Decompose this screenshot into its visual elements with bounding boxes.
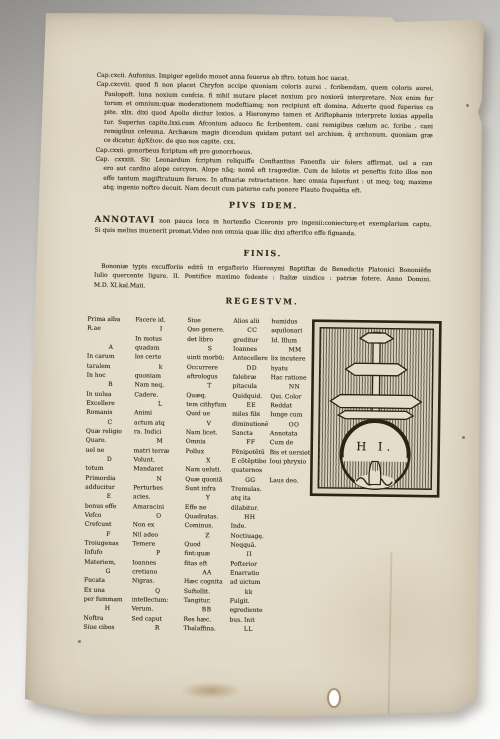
quire-signature: kk <box>230 587 268 597</box>
register-cell: Antecellere <box>233 354 271 364</box>
register-cell: Tremulas. <box>231 485 269 495</box>
quire-signature: R <box>131 623 183 633</box>
register-cell: ad uictum <box>230 578 268 588</box>
commentary-paragraphs: Cap.cxcii. Aufonius. Impiger egelido mou… <box>95 71 434 197</box>
register-cell <box>267 625 315 635</box>
register-cell: diminutionē <box>232 419 270 429</box>
register-cell: atq ita <box>231 494 269 504</box>
register-cell: falebræ <box>233 373 271 383</box>
register-cell: Alios alii <box>233 317 271 327</box>
colophon: Bononiæ typis excufforiis editũ in ergaf… <box>94 262 431 294</box>
device-letters: H I. <box>356 439 394 453</box>
register-cell: egrediente <box>230 606 268 616</box>
hand-icon <box>369 461 381 484</box>
section-heading-finis: FINIS. <box>94 246 431 260</box>
register-cell: Neqquã. <box>230 540 268 550</box>
register-cell: Quidquid. <box>232 391 270 401</box>
scan-background: Cap.cxcii. Aufonius. Impiger egelido mou… <box>0 0 500 739</box>
register-cell: Pofterior <box>230 559 268 569</box>
register-cell: miles fibi <box>232 410 270 420</box>
register-cell: Sancta <box>232 429 270 439</box>
quire-signature: CC <box>233 326 271 336</box>
quire-signature: GG <box>231 475 269 485</box>
register-cell: Siue cibos <box>83 623 131 633</box>
printer-device: H I. <box>309 319 442 499</box>
register-cell: Fulgit. <box>230 596 268 606</box>
register-cell: Ioannes <box>233 345 271 355</box>
register-cell: Inde. <box>231 522 269 532</box>
register-cell: bus. Init <box>229 615 267 625</box>
register-cell: Pẽnipotẽtũ <box>232 447 270 457</box>
quire-signature: DD <box>233 363 271 373</box>
register-cell: Enarratio <box>230 568 268 578</box>
section-heading-regestum: REGESTVM. <box>94 294 431 308</box>
register-cell: pitacula <box>232 382 270 392</box>
register-table: Prima albaFacere id.SiueAlios aliihumidu… <box>83 315 319 635</box>
quire-signature: II <box>230 550 268 560</box>
register-cell: E cõtẽptibo <box>231 457 269 467</box>
quire-signature: LL <box>229 624 267 634</box>
scanned-page: Cap.cxcii. Aufonius. Impiger egelido mou… <box>0 0 500 739</box>
section-heading-pius-idem: PIVS IDEM. <box>95 198 432 212</box>
register-cell: greditur <box>233 335 271 345</box>
page-content: Cap.cxcii. Aufonius. Impiger egelido mou… <box>0 0 500 739</box>
register-cell: quaternos <box>231 466 269 476</box>
annotavi-lead-word: ANNOTAVI <box>95 215 156 226</box>
annotavi-paragraph: ANNOTAVI non pauca loca in hortenfio Cic… <box>94 216 431 240</box>
quire-signature: EE <box>232 401 270 411</box>
register-cell: Noctiuagę. <box>231 531 269 541</box>
quire-signature: FF <box>232 438 270 448</box>
register-cell: Thalaffina. <box>183 624 229 634</box>
register-cell: dilabitur. <box>231 503 269 513</box>
quire-signature: HH <box>231 513 269 523</box>
